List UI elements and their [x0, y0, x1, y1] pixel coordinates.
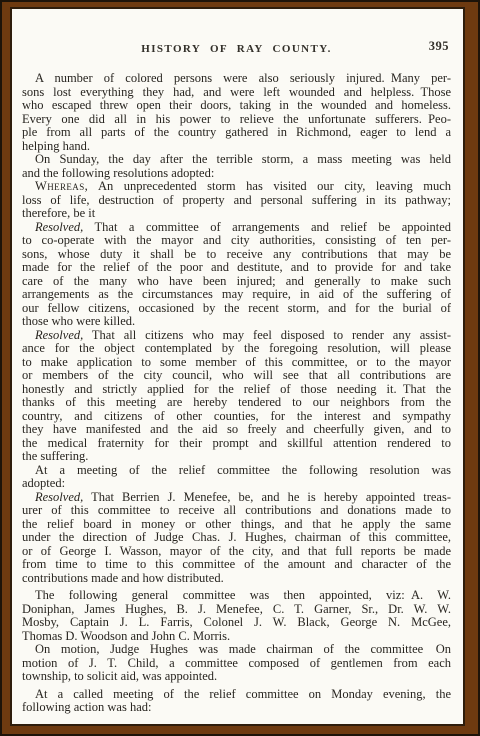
- page-frame: HISTORY OF RAY COUNTY. 395 A number of c…: [0, 0, 480, 736]
- text-line: care of the many who have been injured; …: [22, 275, 451, 289]
- text-line: to co-operate with the mayor and city au…: [22, 234, 451, 248]
- text-line: our fellow citizens, occasioned by the r…: [22, 302, 451, 316]
- text-line: township, to solicit aid, was appointed.: [22, 670, 451, 684]
- text-line: to make application to some member of th…: [22, 356, 451, 370]
- text-line: At a called meeting of the relief commit…: [22, 688, 451, 702]
- paragraph: Resolved, That Berrien J. Menefee, be, a…: [22, 491, 451, 586]
- text-line: On Sunday, the day after the terrible st…: [22, 153, 451, 167]
- text-line: and the following resolutions adopted:: [22, 167, 451, 181]
- paragraph: At a called meeting of the relief commit…: [22, 688, 451, 715]
- book-page: HISTORY OF RAY COUNTY. 395 A number of c…: [10, 7, 465, 726]
- text-line: Every one did all in his power to reliev…: [22, 113, 451, 127]
- text-line: who escaped threw open their doors, taki…: [22, 99, 451, 113]
- text-line: country, and citizens of other counties,…: [22, 410, 451, 424]
- lead-word: Resolved,: [35, 221, 83, 234]
- text-line: Mosby, Captain J. L. Farris, Colonel J. …: [22, 616, 451, 630]
- text-line: or of George I. Wasson, mayor of the cit…: [22, 545, 451, 559]
- paragraph: Resolved, That all citizens who may feel…: [22, 329, 451, 464]
- text-line: Resolved, That all citizens who may feel…: [22, 329, 451, 343]
- text-line: urer of this committee to receive all co…: [22, 504, 451, 518]
- text-line: Resolved, That a committee of arrangemen…: [22, 221, 451, 235]
- paragraph: On motion, Judge Hughes was made chairma…: [22, 643, 451, 684]
- paragraph: The following general committee was then…: [22, 589, 451, 643]
- text-line: the suffering.: [22, 450, 451, 464]
- text-line: The following general committee was then…: [22, 589, 451, 603]
- text-line: sons lost everything they had, and were …: [22, 86, 451, 100]
- text-line: or members of the city council, who will…: [22, 369, 451, 383]
- text-line: At a meeting of the relief committee the…: [22, 464, 451, 478]
- text-line: contributions made and how distributed.: [22, 572, 451, 586]
- paragraph: Resolved, That a committee of arrangemen…: [22, 221, 451, 329]
- text-line: sons, whose duty it shall be to receive …: [22, 248, 451, 262]
- paragraph: On Sunday, the day after the terrible st…: [22, 153, 451, 180]
- page-number: 395: [429, 39, 449, 54]
- text-line: the medical fraternity for their prompt …: [22, 437, 451, 451]
- text-line: made for the relief of the poor and dest…: [22, 261, 451, 275]
- text-line: honestly and strictly applied for the re…: [22, 383, 451, 397]
- page-content: HISTORY OF RAY COUNTY. 395 A number of c…: [12, 9, 463, 724]
- paragraph: Whereas, An unprecedented storm has visi…: [22, 180, 451, 221]
- lead-word: Resolved,: [35, 329, 83, 342]
- page-body: A number of colored persons were also se…: [22, 72, 451, 715]
- text-line: arrangements as the circumstances may re…: [22, 288, 451, 302]
- page-header-title: HISTORY OF RAY COUNTY.: [141, 43, 331, 55]
- paragraph: At a meeting of the relief committee the…: [22, 464, 451, 491]
- text-line: On motion, Judge Hughes was made chairma…: [22, 643, 451, 657]
- text-line: thanks of this meeting are hereby tender…: [22, 396, 451, 410]
- text-line: adopted:: [22, 477, 451, 491]
- text-line: following action was had:: [22, 701, 451, 715]
- text-line: Resolved, That Berrien J. Menefee, be, a…: [22, 491, 451, 505]
- lead-word: Resolved,: [35, 491, 83, 504]
- text-line: ance for the object contemplated by the …: [22, 342, 451, 356]
- text-line: those who were killed.: [22, 315, 451, 329]
- text-line: from time to time to this committee of t…: [22, 558, 451, 572]
- text-line: Whereas, An unprecedented storm has visi…: [22, 180, 451, 194]
- text-line: helping hand.: [22, 140, 451, 154]
- paragraph: A number of colored persons were also se…: [22, 72, 451, 153]
- text-line: A number of colored persons were also se…: [22, 72, 451, 86]
- text-line: therefore, be it: [22, 207, 451, 221]
- text-line: Doniphan, James Hughes, B. J. Menefee, C…: [22, 603, 451, 617]
- running-head: HISTORY OF RAY COUNTY. 395: [22, 39, 451, 53]
- text-line: the relief board in money or other thing…: [22, 518, 451, 532]
- text-line: motion of J. T. Child, a committee compo…: [22, 657, 451, 671]
- text-line: under the direction of Judge Chas. J. Hu…: [22, 531, 451, 545]
- text-line: Thomas D. Woodson and John C. Morris.: [22, 630, 451, 644]
- text-line: they have manifested and the aid so free…: [22, 423, 451, 437]
- lead-word: Whereas,: [35, 180, 88, 193]
- text-line: loss of life, destruction of property an…: [22, 194, 451, 208]
- text-line: ple from all parts of the country gather…: [22, 126, 451, 140]
